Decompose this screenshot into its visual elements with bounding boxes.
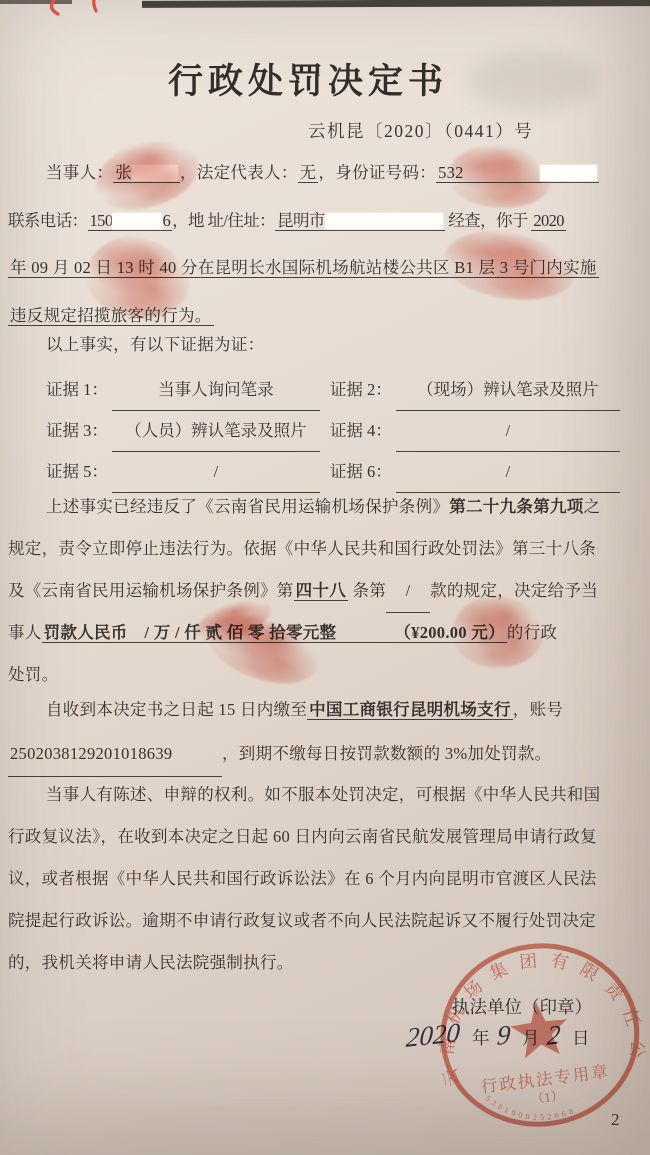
- comma: ，: [172, 211, 188, 230]
- ruling-text: 条第: [352, 581, 386, 600]
- ruling-line-3: 及《云南省民用运输机场保护条例》第四十八 条第/款的规定，决定给予当: [8, 570, 636, 612]
- document-photo: 行政处罚决定书 云机昆〔2020〕（0441）号 当事人：张，法定代表人：无，身…: [0, 0, 650, 1155]
- ruling-text: 款的规定，决定给予当: [430, 581, 598, 600]
- evidence-value: /: [396, 411, 620, 452]
- payment-paragraph: 自收到本决定书之日起 15 日内缴至中国工商银行昆明机场支行，账号 250203…: [8, 688, 636, 776]
- ruling-text: 事人: [8, 623, 42, 642]
- payment-line-2: 2502038129201018639，到期不缴每日按罚款数额的 3%加处罚款。: [8, 732, 636, 776]
- legal-rep-field: 无: [298, 163, 319, 183]
- page-title: 行政处罚决定书: [0, 54, 616, 104]
- evidence-value: （人员）辨认笔录及照片: [112, 411, 320, 452]
- photo-top-edge: [142, 0, 650, 8]
- rights-line: 行政复议法》，在收到本决定之日起 60 日内向云南省民航发展管理局申请行政复: [8, 816, 636, 858]
- comma: ，: [318, 163, 335, 182]
- seal-star-icon: [508, 999, 571, 1060]
- evidence-label: 证据 1：: [46, 370, 112, 410]
- payment-text: ，到期不缴每日按罚款数额的 3%加处罚款。: [222, 744, 551, 763]
- ruling-paragraph: 上述事实已经违反了《云南省民用运输机场保护条例》第二十九条第九项之 规定，责令立…: [8, 486, 636, 696]
- ruling-line-2: 规定，责令立即停止违法行为。依据《中华人民共和国行政处罚法》第三十八条: [8, 528, 636, 570]
- evidence-row: 证据 1： 当事人询问笔录 证据 2： （现场）辨认笔录及照片: [46, 370, 620, 411]
- official-seal: 云南机场集团有限责任公司 行政执法专用章 （1） 5301000252068: [427, 930, 650, 1142]
- evidence-label: 证据 3：: [46, 411, 112, 451]
- redaction-block: [540, 165, 597, 181]
- check-year: 2020: [531, 211, 566, 231]
- check-lead: 经查，你于: [448, 211, 528, 230]
- redaction-block: [325, 213, 443, 229]
- red-pen-marks: [40, 0, 120, 18]
- ruling-text: 及《云南省民用运输机场保护条例》第: [8, 581, 294, 600]
- address-visible: 昆明市: [277, 211, 325, 230]
- evidence-intro: 以上事实，有以下证据为证：: [8, 330, 650, 360]
- rights-line: 当事人有陈述、申辩的权利。如不服本处罚决定，可根据《中华人民共和国: [8, 774, 636, 816]
- contact-line: 联系电话：1506，地 址/住址：昆明市 经查，你于 2020: [8, 197, 636, 245]
- seal-index: （1）: [530, 1088, 564, 1107]
- payment-text: 自收到本决定书之日起 15 日内缴至: [46, 700, 307, 719]
- clause-fill: /: [386, 570, 430, 613]
- evidence-row: 证据 3： （人员）辨认笔录及照片 证据 4： /: [46, 411, 620, 452]
- violated-article: 第二十九条第九项: [449, 497, 583, 516]
- ruling-line-1: 上述事实已经违反了《云南省民用运输机场保护条例》第二十九条第九项之: [8, 486, 636, 528]
- ruling-text: 上述事实已经违反了《云南省民用运输机场保护条例》: [46, 497, 449, 516]
- account-number: 2502038129201018639: [8, 732, 222, 777]
- phone-visible-end: 6: [162, 211, 170, 230]
- article-fill: 四十八: [294, 581, 348, 601]
- legal-rep-label: 法定代表人：: [197, 163, 298, 182]
- evidence-value: 当事人询问笔录: [112, 370, 320, 411]
- payment-text: ，账号: [513, 700, 563, 719]
- document-number: 云机昆〔2020〕（0441）号: [308, 118, 533, 143]
- phone-field: 1506: [88, 211, 173, 231]
- phone-label: 联系电话：: [8, 211, 88, 230]
- payment-line-1: 自收到本决定书之日起 15 日内缴至中国工商银行昆明机场支行，账号: [8, 688, 636, 732]
- evidence-value: （现场）辨认笔录及照片: [396, 370, 620, 411]
- evidence-label: 证据 4：: [330, 411, 396, 451]
- address-label: 地 址/住址：: [188, 211, 275, 230]
- bank-name: 中国工商银行昆明机场支行: [307, 700, 513, 720]
- evidence-label: 证据 2：: [330, 370, 396, 410]
- rights-line: 院提起行政诉讼。逾期不申请行政复议或者不向人民法院起诉又不履行处罚决定: [8, 900, 636, 942]
- address-field: 昆明市: [275, 211, 445, 231]
- redaction-block: [112, 213, 162, 229]
- id-label: 身份证号码：: [335, 163, 436, 182]
- rights-line: 议，或者根据《中华人民共和国行政诉讼法》在 6 个月内向昆明市官渡区人民法: [8, 858, 636, 900]
- ruling-text: 之: [584, 497, 601, 516]
- phone-visible-start: 150: [90, 211, 113, 230]
